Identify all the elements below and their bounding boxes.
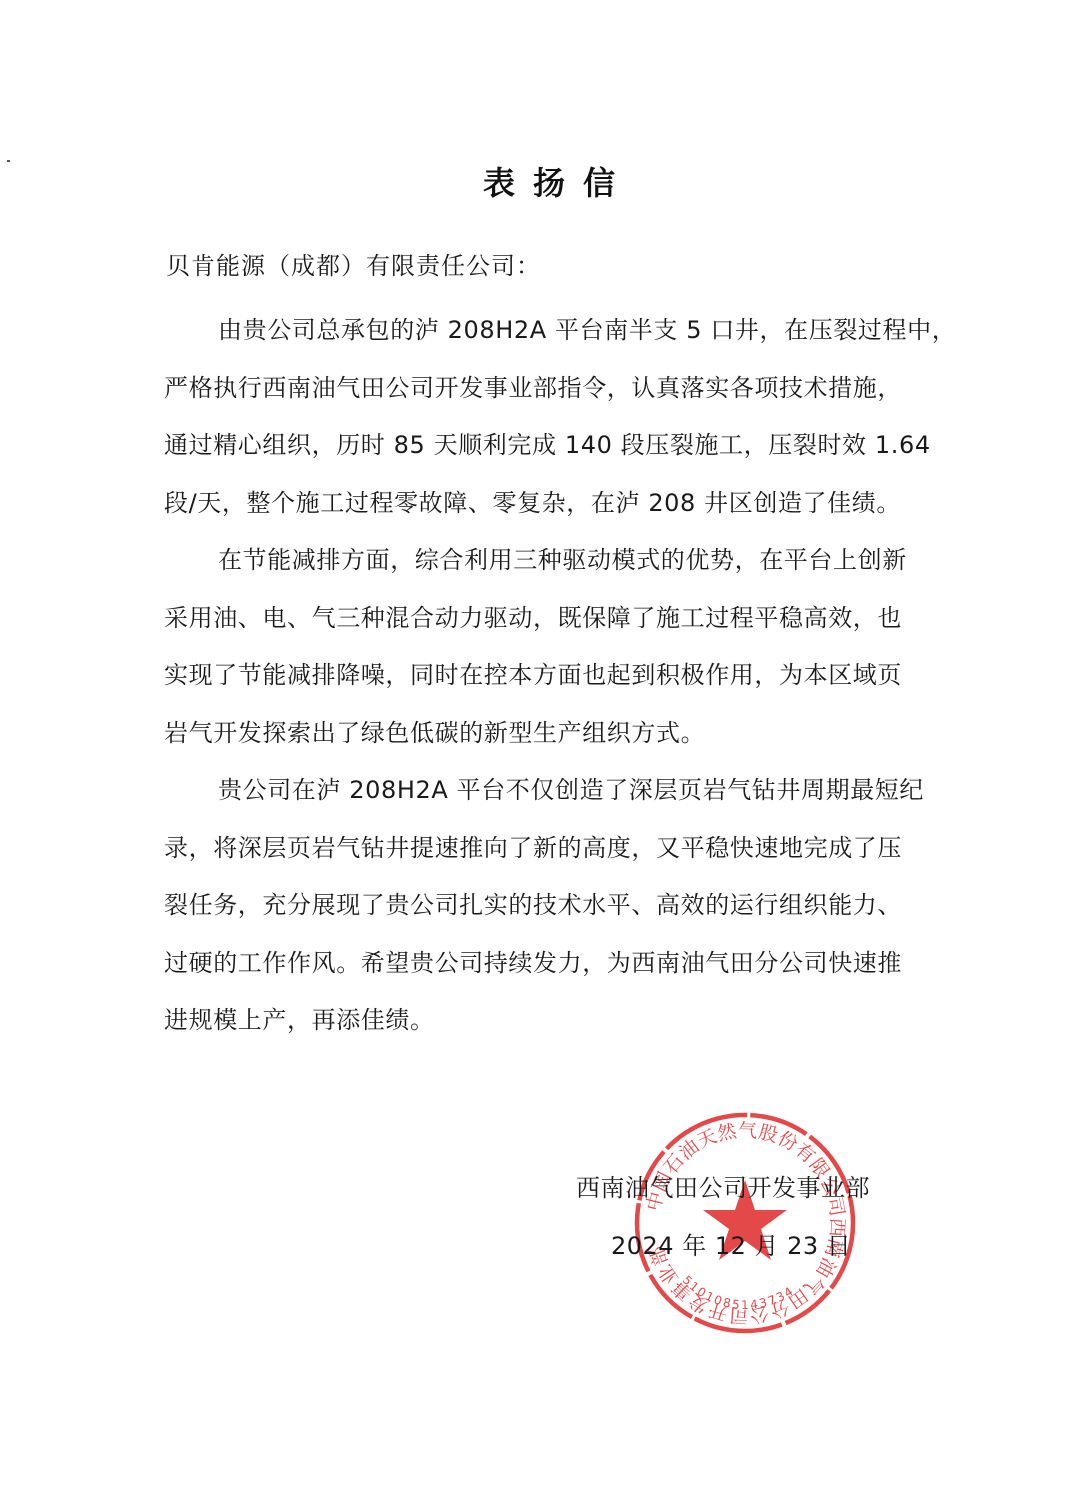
letter-page: 表扬信 贝肯能源（成都）有限责任公司： 由贵公司总承包的泸 208H2A 平台南… <box>0 0 1080 1509</box>
official-seal: 中国石油天然气股份有限公司西南油气田分公司开发事业部 5101085143734 <box>632 1110 858 1336</box>
paragraph-line: 过硬的工作作风。希望贵公司持续发力，为西南油气田分公司快速推 <box>164 935 944 993</box>
paragraph-line: 严格执行西南油气田公司开发事业部指令，认真落实各项技术措施， <box>164 360 944 418</box>
paragraph-line: 裂任务，充分展现了贵公司扎实的技术水平、高效的运行组织能力、 <box>164 877 944 935</box>
letter-body: 由贵公司总承包的泸 208H2A 平台南半支 5 口井，在压裂过程中， 严格执行… <box>164 302 944 1050</box>
paragraph-1: 由贵公司总承包的泸 208H2A 平台南半支 5 口井，在压裂过程中， 严格执行… <box>164 302 944 532</box>
signature-date: 2024 年 12 月 23 日 <box>611 1226 851 1261</box>
paragraph-line: 实现了节能减排降噪，同时在控本方面也起到积极作用，为本区域页 <box>164 647 944 705</box>
paragraph-line: 进规模上产，再添佳绩。 <box>164 992 944 1050</box>
paragraph-line: 通过精心组织，历时 85 天顺利完成 140 段压裂施工，压裂时效 1.64 <box>164 417 944 475</box>
paragraph-line: 岩气开发探索出了绿色低碳的新型生产组织方式。 <box>164 705 944 763</box>
paragraph-line: 段/天，整个施工过程零故障、零复杂，在泸 208 井区创造了佳绩。 <box>164 475 944 533</box>
paragraph-line: 贵公司在泸 208H2A 平台不仅创造了深层页岩气钻井周期最短纪 <box>164 762 944 820</box>
signature-department: 西南油气田公司开发事业部 <box>576 1168 870 1203</box>
salutation: 贝肯能源（成都）有限责任公司： <box>166 246 541 281</box>
paragraph-line: 由贵公司总承包的泸 208H2A 平台南半支 5 口井，在压裂过程中， <box>164 302 944 360</box>
letter-title: 表扬信 <box>0 158 1080 204</box>
paragraph-line: 采用油、电、气三种混合动力驱动，既保障了施工过程平稳高效，也 <box>164 590 944 648</box>
paragraph-line: 录，将深层页岩气钻井提速推向了新的高度，又平稳快速地完成了压 <box>164 820 944 878</box>
paragraph-line: 在节能减排方面，综合利用三种驱动模式的优势，在平台上创新 <box>164 532 944 590</box>
paragraph-2: 在节能减排方面，综合利用三种驱动模式的优势，在平台上创新 采用油、电、气三种混合… <box>164 532 944 762</box>
paragraph-3: 贵公司在泸 208H2A 平台不仅创造了深层页岩气钻井周期最短纪 录，将深层页岩… <box>164 762 944 1050</box>
